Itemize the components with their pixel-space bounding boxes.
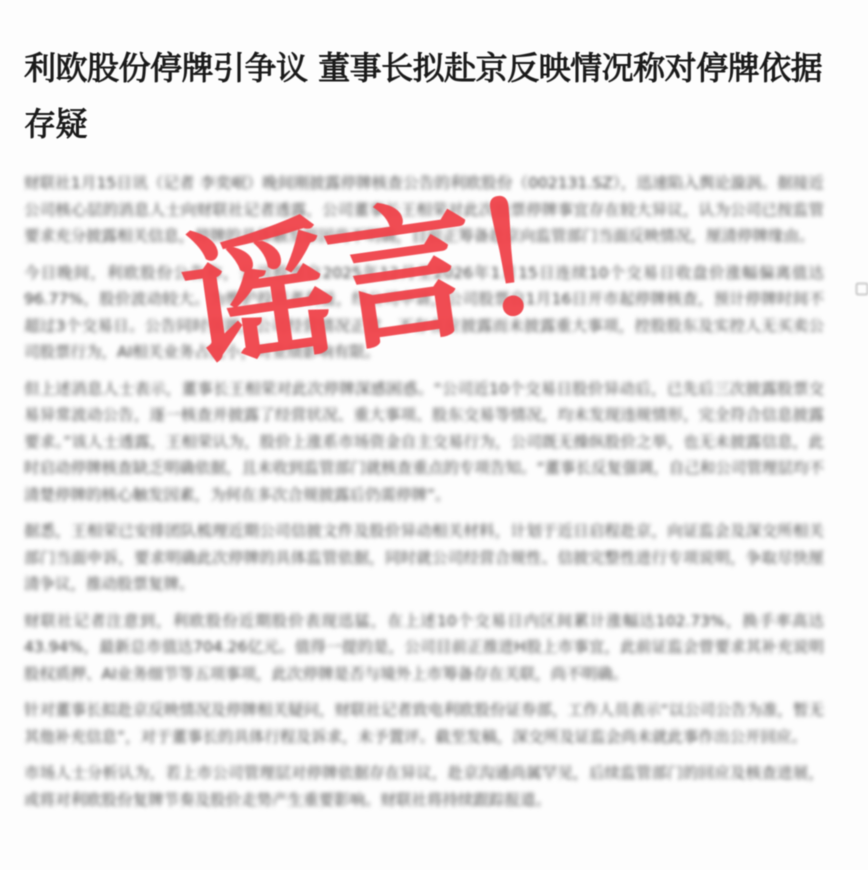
article-paragraph: 财联社记者注意到，利欧股份近期股价表现迅猛，在上述10个交易日内区间累计涨幅达1… <box>24 608 824 688</box>
article-paragraph: 但上述消息人士表示，董事长王相荣对此次停牌深感困惑。“公司近10个交易日股价异动… <box>24 376 824 509</box>
article-paragraph: 今日晚间，利欧股份公告称，公司股票自2025年12月至2026年1月15日连续1… <box>24 260 824 366</box>
article-paragraph: 据悉，王相荣已安排团队梳理近期公司信披文件及股价异动相关材料，计划于近日启程赴京… <box>24 518 824 598</box>
comment-icon[interactable] <box>856 283 868 295</box>
article-body: 财联社1月15日讯（记者 李奕岷）晚间刚披露停牌核查公告的利欧股份（002131… <box>24 170 824 823</box>
article-page: 利欧股份停牌引争议 董事长拟赴京反映情况称对停牌依据存疑 财联社1月15日讯（记… <box>0 0 868 870</box>
article-paragraph: 财联社1月15日讯（记者 李奕岷）晚间刚披露停牌核查公告的利欧股份（002131… <box>24 170 824 250</box>
article-headline: 利欧股份停牌引争议 董事长拟赴京反映情况称对停牌依据存疑 <box>24 40 844 152</box>
article-paragraph: 市场人士分析认为，若上市公司管理层对停牌依据存在异议，赴京沟通尚属罕见，后续监管… <box>24 760 824 813</box>
article-paragraph: 针对董事长拟赴京反映情况及停牌相关疑问，财联社记者致电利欧股份证券部，工作人员表… <box>24 697 824 750</box>
